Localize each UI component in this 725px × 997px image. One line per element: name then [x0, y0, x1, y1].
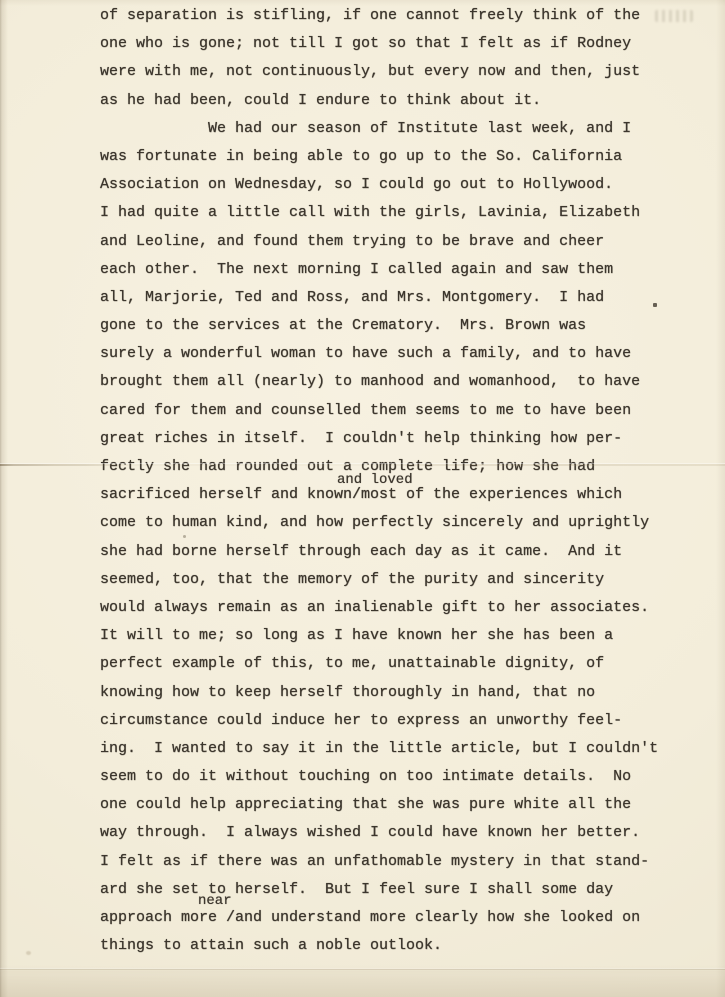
- letter-line: one who is gone; not till I got so that …: [100, 30, 658, 58]
- letter-line: It will to me; so long as I have known h…: [100, 622, 658, 650]
- letter-line: one could help appreciating that she was…: [100, 791, 658, 819]
- horizontal-crease: [0, 464, 725, 466]
- letter-line: perfect example of this, to me, unattain…: [100, 650, 658, 678]
- letter-line: way through. I always wished I could hav…: [100, 819, 658, 847]
- letter-line: come to human kind, and how perfectly si…: [100, 509, 658, 537]
- letter-line: approach more /and understand more clear…: [100, 904, 658, 932]
- letter-page: of separation is stifling, if one cannot…: [0, 0, 725, 997]
- letter-line: and Leoline, and found them trying to be…: [100, 228, 658, 256]
- letter-line: of separation is stifling, if one cannot…: [100, 2, 658, 30]
- letter-line: she had borne herself through each day a…: [100, 538, 658, 566]
- letter-line: would always remain as an inalienable gi…: [100, 594, 658, 622]
- paper-speck: [26, 951, 31, 955]
- interline-insertion-and-loved: and loved: [337, 473, 413, 488]
- letter-line: was fortunate in being able to go up to …: [100, 143, 658, 171]
- letter-line: were with me, not continuously, but ever…: [100, 58, 658, 86]
- letter-line: knowing how to keep herself thoroughly i…: [100, 679, 658, 707]
- letter-line: gone to the services at the Crematory. M…: [100, 312, 658, 340]
- letter-line: ard she set to herself. But I feel sure …: [100, 876, 658, 904]
- letter-line: We had our season of Institute last week…: [100, 115, 658, 143]
- letter-line: cared for them and counselled them seems…: [100, 397, 658, 425]
- letter-line: great riches in itself. I couldn't help …: [100, 425, 658, 453]
- faint-ink-smudge: [655, 10, 693, 22]
- bottom-fold-crease: [0, 969, 725, 970]
- letter-line: I had quite a little call with the girls…: [100, 199, 658, 227]
- letter-line: seem to do it without touching on too in…: [100, 763, 658, 791]
- letter-line: as he had been, could I endure to think …: [100, 87, 658, 115]
- letter-line: brought them all (nearly) to manhood and…: [100, 368, 658, 396]
- letter-line: I felt as if there was an unfathomable m…: [100, 848, 658, 876]
- letter-line: each other. The next morning I called ag…: [100, 256, 658, 284]
- ink-speck: [653, 303, 657, 307]
- letter-line: all, Marjorie, Ted and Ross, and Mrs. Mo…: [100, 284, 658, 312]
- letter-line: circumstance could induce her to express…: [100, 707, 658, 735]
- ink-speck: [183, 535, 186, 538]
- interline-insertion-near: near: [198, 894, 232, 909]
- letter-line: surely a wonderful woman to have such a …: [100, 340, 658, 368]
- letter-line: Association on Wednesday, so I could go …: [100, 171, 658, 199]
- letter-line: seemed, too, that the memory of the puri…: [100, 566, 658, 594]
- letter-line: ing. I wanted to say it in the little ar…: [100, 735, 658, 763]
- letter-line: things to attain such a noble outlook.: [100, 932, 658, 960]
